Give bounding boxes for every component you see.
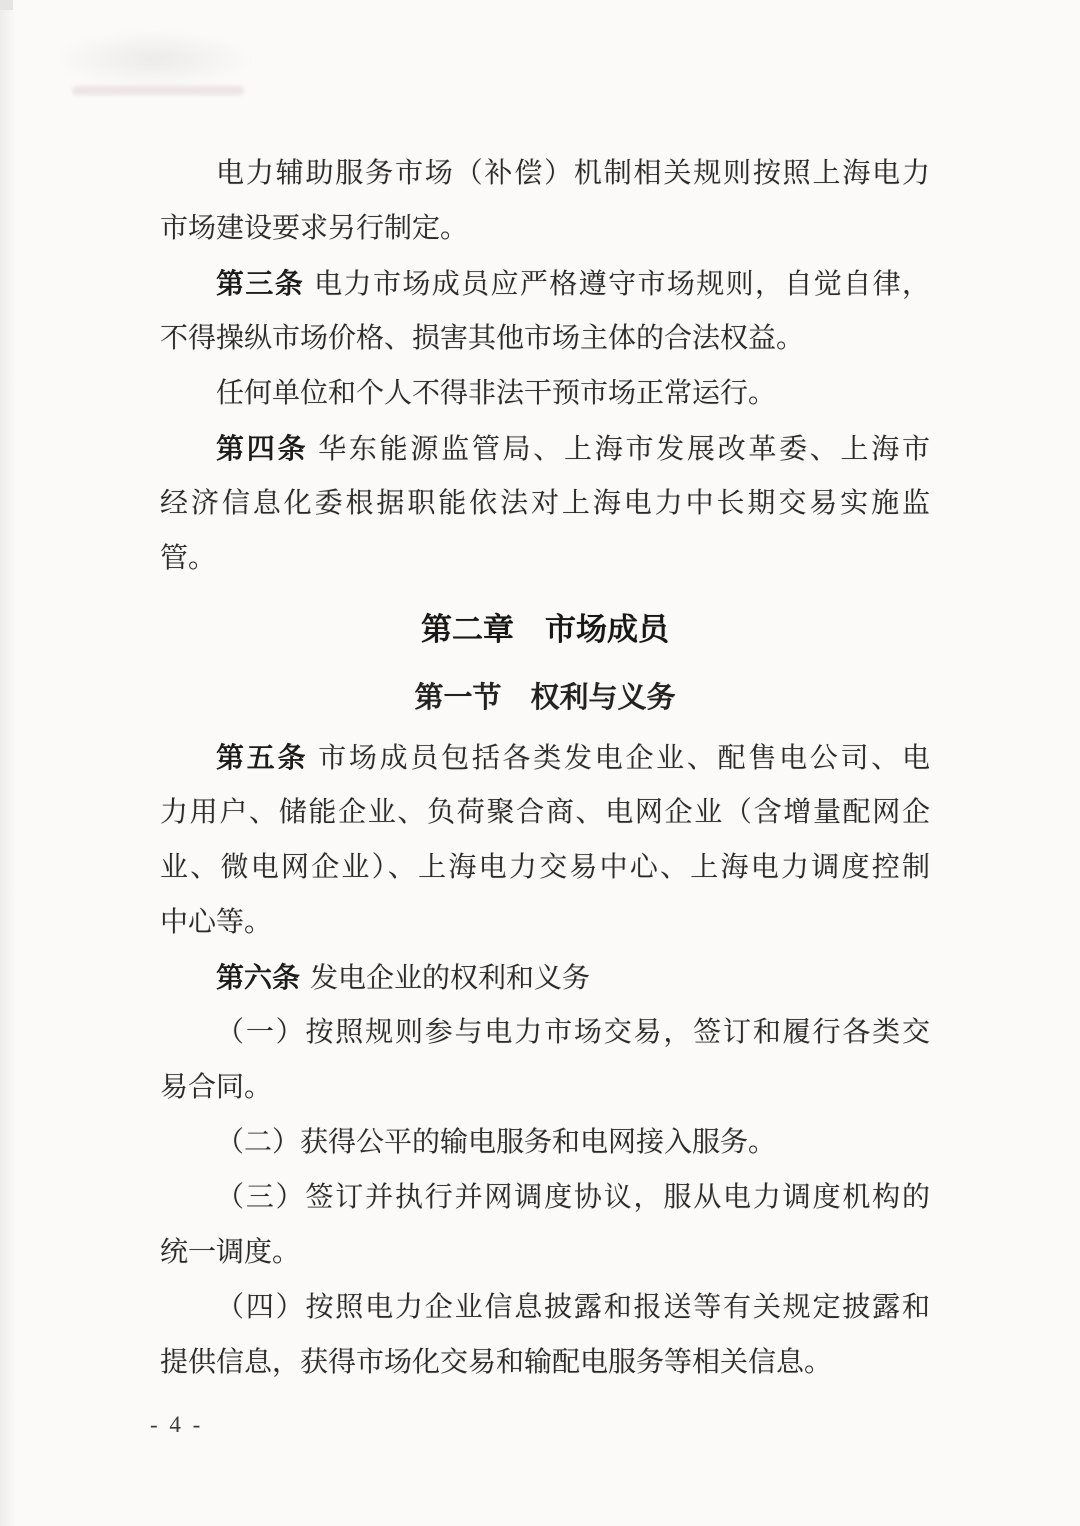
document-line: 第六条发电企业的权利和义务 bbox=[160, 950, 930, 1005]
document-line: 第四条华东能源监管局、上海市发展改革委、上海市 bbox=[160, 421, 930, 476]
document-line: 不得操纵市场价格、损害其他市场主体的合法权益。 bbox=[160, 311, 930, 366]
document-line: （一）按照规则参与电力市场交易，签订和履行各类交 bbox=[160, 1005, 930, 1060]
article-number: 第三条 bbox=[216, 268, 304, 299]
article-text: 电力市场成员应严格遵守市场规则，自觉自律， bbox=[314, 269, 930, 300]
section-heading: 第一节 权利与义务 bbox=[160, 671, 930, 726]
document-line: 易合同。 bbox=[160, 1060, 930, 1115]
document-line: 第五条市场成员包括各类发电企业、配售电公司、电 bbox=[160, 730, 930, 785]
document-line: 管。 bbox=[160, 531, 930, 586]
article-number: 第六条 bbox=[216, 962, 300, 993]
document-line: 业、微电网企业）、上海电力交易中心、上海电力调度控制 bbox=[160, 840, 930, 895]
paragraph-article-5: 第五条市场成员包括各类发电企业、配售电公司、电 力用户、储能企业、负荷聚合商、电… bbox=[160, 730, 930, 950]
document-line: 中心等。 bbox=[160, 895, 930, 950]
paragraph-article-6: 第六条发电企业的权利和义务 bbox=[160, 950, 930, 1005]
paragraph-item-3: （三）签订并执行并网调度协议，服从电力调度机构的 统一调度。 bbox=[160, 1170, 930, 1280]
paragraph-item-4: （四）按照电力企业信息披露和报送等有关规定披露和 提供信息，获得市场化交易和输配… bbox=[160, 1280, 930, 1390]
article-number: 第五条 bbox=[216, 742, 308, 773]
document-line: （四）按照电力企业信息披露和报送等有关规定披露和 bbox=[160, 1280, 930, 1335]
document-line: 电力辅助服务市场（补偿）机制相关规则按照上海电力 bbox=[160, 146, 930, 201]
document-line: 市场建设要求另行制定。 bbox=[160, 201, 930, 256]
page-number: - 4 - bbox=[150, 1412, 203, 1438]
scanned-document-page: 电力辅助服务市场（补偿）机制相关规则按照上海电力 市场建设要求另行制定。 第三条… bbox=[0, 0, 1080, 1526]
document-line: 任何单位和个人不得非法干预市场正常运行。 bbox=[160, 366, 930, 421]
article-text: 华东能源监管局、上海市发展改革委、上海市 bbox=[318, 434, 930, 465]
document-line: （三）签订并执行并网调度协议，服从电力调度机构的 bbox=[160, 1170, 930, 1225]
article-number: 第四条 bbox=[216, 433, 308, 464]
paragraph-article-4: 第四条华东能源监管局、上海市发展改革委、上海市 经济信息化委根据职能依法对上海电… bbox=[160, 421, 930, 586]
document-line: 提供信息，获得市场化交易和输配电服务等相关信息。 bbox=[160, 1335, 930, 1390]
paragraph-article-3: 第三条电力市场成员应严格遵守市场规则，自觉自律， 不得操纵市场价格、损害其他市场… bbox=[160, 256, 930, 366]
paragraph: 任何单位和个人不得非法干预市场正常运行。 bbox=[160, 366, 930, 421]
paragraph-item-2: （二）获得公平的输电服务和电网接入服务。 bbox=[160, 1115, 930, 1170]
article-text: 发电企业的权利和义务 bbox=[310, 963, 590, 994]
paragraph-item-1: （一）按照规则参与电力市场交易，签订和履行各类交 易合同。 bbox=[160, 1005, 930, 1115]
article-text: 市场成员包括各类发电企业、配售电公司、电 bbox=[318, 743, 930, 774]
document-line: （二）获得公平的输电服务和电网接入服务。 bbox=[160, 1115, 930, 1170]
chapter-heading: 第二章 市场成员 bbox=[160, 602, 930, 657]
document-line: 经济信息化委根据职能依法对上海电力中长期交易实施监 bbox=[160, 476, 930, 531]
document-line: 力用户、储能企业、负荷聚合商、电网企业（含增量配网企 bbox=[160, 785, 930, 840]
document-line: 统一调度。 bbox=[160, 1225, 930, 1280]
document-line: 第三条电力市场成员应严格遵守市场规则，自觉自律， bbox=[160, 256, 930, 311]
document-body: 电力辅助服务市场（补偿）机制相关规则按照上海电力 市场建设要求另行制定。 第三条… bbox=[0, 0, 1080, 1390]
paragraph: 电力辅助服务市场（补偿）机制相关规则按照上海电力 市场建设要求另行制定。 bbox=[160, 146, 930, 256]
